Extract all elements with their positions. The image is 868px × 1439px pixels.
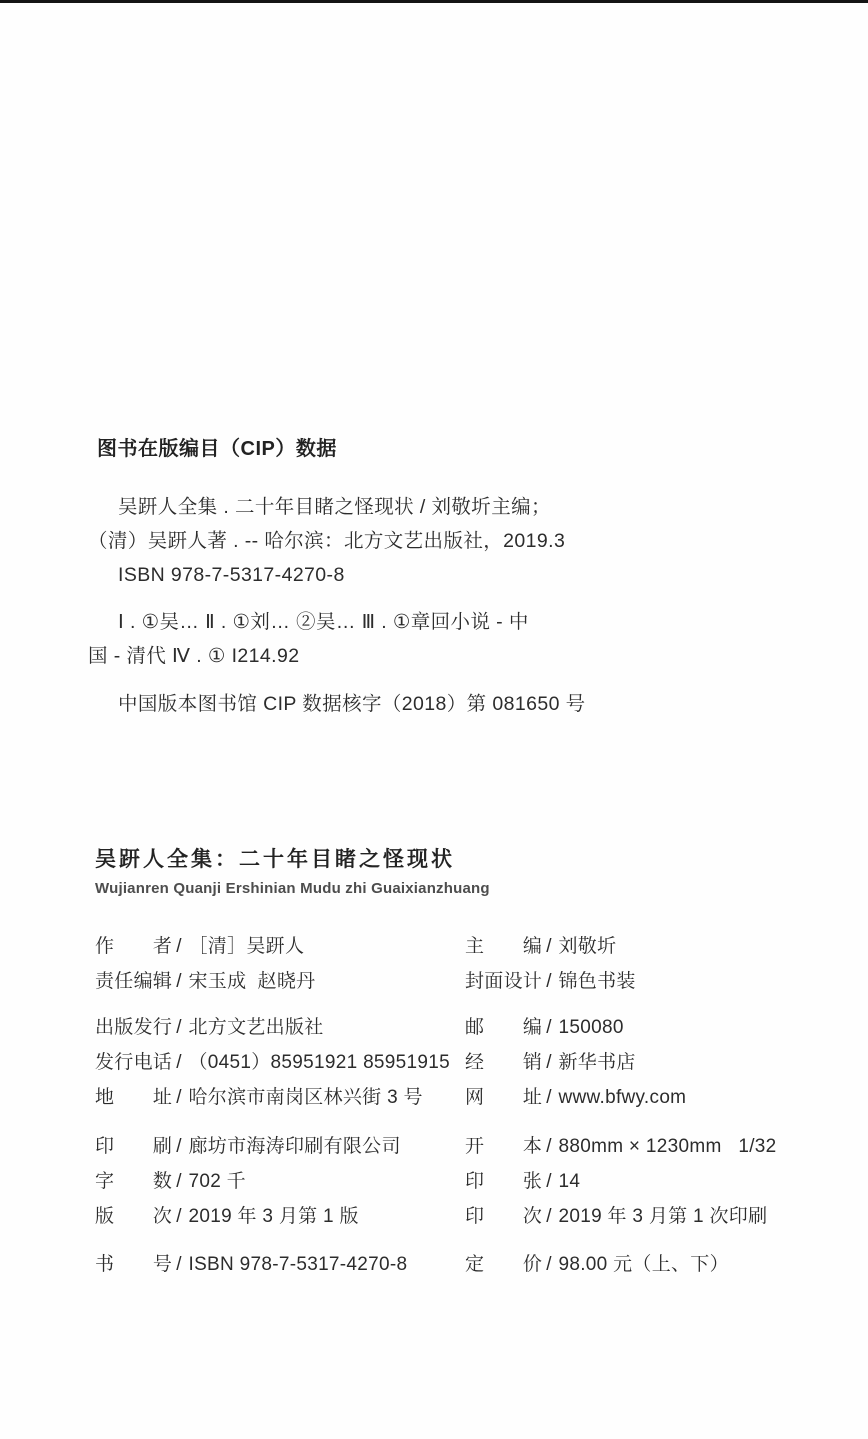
field-publisher: 出版发行 / 北方文艺出版社 — [95, 1010, 465, 1045]
field-value: 2019 年 3 月第 1 版 — [188, 1199, 358, 1234]
field-value: 2019 年 3 月第 1 次印刷 — [558, 1199, 767, 1234]
cip-data-block: 图书在版编目（CIP）数据 吴趼人全集 . 二十年目睹之怪现状 / 刘敬圻主编；… — [88, 436, 628, 721]
field-value: 北方文艺出版社 — [188, 1010, 323, 1045]
field-separator: / — [176, 929, 181, 964]
field-separator: / — [176, 1080, 181, 1115]
field-value: （0451）85951921 85951915 — [188, 1045, 450, 1080]
field-printing-company: 印 刷 / 廊坊市海涛印刷有限公司 — [95, 1129, 465, 1164]
field-value: 哈尔滨市南岗区林兴街 3 号 — [188, 1080, 422, 1115]
field-value: 刘敬圻 — [558, 929, 616, 964]
field-author: 作 者 / ［清］吴趼人 — [95, 929, 465, 964]
cip-isbn: ISBN 978-7-5317-4270-8 — [88, 558, 628, 592]
colophon-block: 作 者 / ［清］吴趼人 主 编 / 刘敬圻 责任编辑 / 宋玉成 赵晓丹 封面… — [95, 929, 795, 1282]
field-label: 定 价 — [465, 1247, 542, 1282]
field-separator: / — [546, 1199, 551, 1234]
scan-edge-artifact — [0, 0, 868, 3]
field-label: 印 张 — [465, 1164, 542, 1199]
field-label: 封面设计 — [465, 964, 542, 999]
field-separator: / — [176, 1247, 181, 1282]
field-distribution: 经 销 / 新华书店 — [465, 1045, 795, 1080]
field-label: 版 次 — [95, 1199, 172, 1234]
field-value: 14 — [558, 1164, 580, 1199]
field-separator: / — [176, 964, 181, 999]
field-separator: / — [176, 1129, 181, 1164]
field-printed-sheets: 印 张 / 14 — [465, 1164, 795, 1199]
field-value: ISBN 978-7-5317-4270-8 — [188, 1247, 407, 1282]
field-label: 邮 编 — [465, 1010, 542, 1045]
field-chief-editor: 主 编 / 刘敬圻 — [465, 929, 795, 964]
field-value: 98.00 元（上、下） — [558, 1247, 728, 1282]
book-title: 吴趼人全集：二十年目睹之怪现状 — [95, 845, 795, 875]
field-value: www.bfwy.com — [558, 1080, 686, 1115]
field-label: 出版发行 — [95, 1010, 172, 1045]
field-value: 新华书店 — [558, 1045, 635, 1080]
field-separator: / — [176, 1010, 181, 1045]
field-label: 责任编辑 — [95, 964, 172, 999]
field-value: 150080 — [558, 1010, 623, 1045]
field-separator: / — [546, 1045, 551, 1080]
field-label: 字 数 — [95, 1164, 172, 1199]
field-website: 网 址 / www.bfwy.com — [465, 1080, 795, 1115]
field-value: 880mm × 1230mm 1/32 — [558, 1129, 776, 1164]
field-book-number: 书 号 / ISBN 978-7-5317-4270-8 — [95, 1247, 465, 1282]
cip-entry-line-1: 吴趼人全集 . 二十年目睹之怪现状 / 刘敬圻主编； — [88, 490, 628, 524]
field-label: 经 销 — [465, 1045, 542, 1080]
colophon-row: 作 者 / ［清］吴趼人 主 编 / 刘敬圻 — [95, 929, 795, 964]
colophon-row: 地 址 / 哈尔滨市南岗区林兴街 3 号 网 址 / www.bfwy.com — [95, 1080, 795, 1115]
field-label: 网 址 — [465, 1080, 542, 1115]
field-label: 印 刷 — [95, 1129, 172, 1164]
field-separator: / — [546, 1247, 551, 1282]
field-separator: / — [546, 964, 551, 999]
field-format: 开 本 / 880mm × 1230mm 1/32 — [465, 1129, 795, 1164]
colophon-row: 发行电话 / （0451）85951921 85951915 经 销 / 新华书… — [95, 1045, 795, 1080]
field-value: 锦色书装 — [558, 964, 635, 999]
field-separator: / — [546, 1010, 551, 1045]
colophon-row: 出版发行 / 北方文艺出版社 邮 编 / 150080 — [95, 1010, 795, 1045]
field-price: 定 价 / 98.00 元（上、下） — [465, 1247, 795, 1282]
field-label: 印 次 — [465, 1199, 542, 1234]
cip-heading: 图书在版编目（CIP）数据 — [97, 436, 628, 462]
field-address: 地 址 / 哈尔滨市南岗区林兴街 3 号 — [95, 1080, 465, 1115]
field-separator: / — [546, 1164, 551, 1199]
field-value: ［清］吴趼人 — [188, 929, 304, 964]
field-label: 主 编 — [465, 929, 542, 964]
cip-entry-line-2: （清）吴趼人著 . -- 哈尔滨：北方文艺出版社，2019.3 — [88, 524, 628, 558]
colophon-row: 责任编辑 / 宋玉成 赵晓丹 封面设计 / 锦色书装 — [95, 964, 795, 999]
colophon-row: 印 刷 / 廊坊市海涛印刷有限公司 开 本 / 880mm × 1230mm 1… — [95, 1129, 795, 1164]
field-value: 宋玉成 赵晓丹 — [188, 964, 315, 999]
colophon-row: 字 数 / 702 千 印 张 / 14 — [95, 1164, 795, 1199]
cip-record-number: 中国版本图书馆 CIP 数据核字（2018）第 081650 号 — [88, 687, 628, 721]
field-separator: / — [546, 1080, 551, 1115]
field-cover-design: 封面设计 / 锦色书装 — [465, 964, 795, 999]
field-label: 发行电话 — [95, 1045, 172, 1080]
title-block: 吴趼人全集：二十年目睹之怪现状 Wujianren Quanji Ershini… — [95, 845, 795, 899]
book-copyright-page: 图书在版编目（CIP）数据 吴趼人全集 . 二十年目睹之怪现状 / 刘敬圻主编；… — [0, 0, 868, 1439]
field-label: 作 者 — [95, 929, 172, 964]
field-sales-phone: 发行电话 / （0451）85951921 85951915 — [95, 1045, 465, 1080]
colophon-row: 版 次 / 2019 年 3 月第 1 版 印 次 / 2019 年 3 月第 … — [95, 1199, 795, 1234]
field-separator: / — [546, 929, 551, 964]
field-impression: 印 次 / 2019 年 3 月第 1 次印刷 — [465, 1199, 795, 1234]
field-value: 702 千 — [188, 1164, 245, 1199]
field-postal-code: 邮 编 / 150080 — [465, 1010, 795, 1045]
field-label: 地 址 — [95, 1080, 172, 1115]
field-edition: 版 次 / 2019 年 3 月第 1 版 — [95, 1199, 465, 1234]
field-separator: / — [176, 1164, 181, 1199]
field-separator: / — [176, 1045, 181, 1080]
field-label: 开 本 — [465, 1129, 542, 1164]
field-separator: / — [546, 1129, 551, 1164]
colophon-row: 书 号 / ISBN 978-7-5317-4270-8 定 价 / 98.00… — [95, 1247, 795, 1282]
cip-classification-line-2: 国 - 清代 Ⅳ . ① I214.92 — [88, 639, 628, 673]
field-value: 廊坊市海涛印刷有限公司 — [188, 1129, 400, 1164]
field-label: 书 号 — [95, 1247, 172, 1282]
field-word-count: 字 数 / 702 千 — [95, 1164, 465, 1199]
field-responsible-editor: 责任编辑 / 宋玉成 赵晓丹 — [95, 964, 465, 999]
cip-classification-line-1: Ⅰ . ①吴… Ⅱ . ①刘… ②吴… Ⅲ . ①章回小说 - 中 — [88, 605, 628, 639]
field-separator: / — [176, 1199, 181, 1234]
book-title-pinyin: Wujianren Quanji Ershinian Mudu zhi Guai… — [95, 879, 795, 899]
